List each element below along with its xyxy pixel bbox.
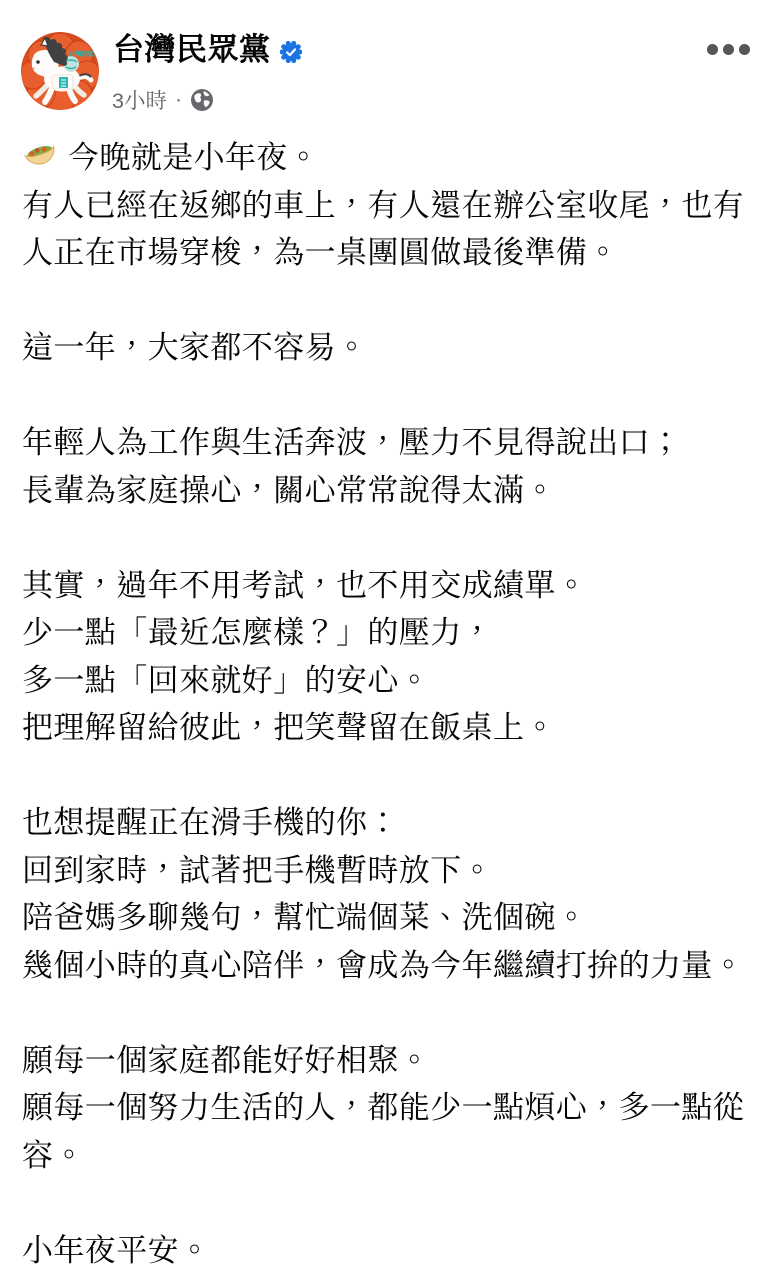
post-line: 回到家時，試著把手機暫時放下。: [22, 847, 748, 895]
post-line: 多一點「回來就好」的安心。: [22, 657, 748, 705]
tpp-horse-mascot-icon: 台灣民眾黨: [21, 32, 99, 110]
more-options-button[interactable]: [701, 38, 756, 61]
post-line: 願每一個努力生活的人，都能少一點煩心，多一點從: [22, 1084, 748, 1132]
post-line: 陪爸媽多聊幾句，幫忙端個菜、洗個碗。: [22, 894, 748, 942]
svg-text:台灣民眾黨: 台灣民眾黨: [69, 50, 99, 58]
post-line: [22, 1179, 748, 1227]
post-meta: 3小時 ·: [112, 84, 214, 115]
post-header: 台灣民眾黨 台灣民眾黨 3小時 ·: [0, 0, 768, 122]
facebook-post: 台灣民眾黨 台灣民眾黨 3小時 ·: [0, 0, 768, 1274]
page-name[interactable]: 台灣民眾黨: [113, 33, 271, 67]
post-line: 小年夜平安。: [22, 1227, 748, 1275]
page-name-row: 台灣民眾黨: [113, 33, 302, 67]
post-line: 有人已經在返鄉的車上，有人還在辦公室收尾，也有: [22, 182, 748, 230]
stuffed-flatbread-emoji-icon: [22, 137, 60, 175]
post-line: [22, 277, 748, 325]
ellipsis-icon: [707, 44, 718, 55]
post-line: 這一年，大家都不容易。: [22, 324, 748, 372]
timestamp[interactable]: 3小時: [112, 84, 167, 115]
post-line: [22, 752, 748, 800]
post-line: 把理解留給彼此，把笑聲留在飯桌上。: [22, 704, 748, 752]
post-text: 今晚就是小年夜。有人已經在返鄉的車上，有人還在辦公室收尾，也有人正在市場穿梭，為…: [22, 122, 748, 1274]
verified-badge-icon: [280, 41, 302, 63]
post-line: [22, 514, 748, 562]
page-avatar[interactable]: 台灣民眾黨: [21, 32, 99, 110]
meta-separator: ·: [175, 87, 182, 112]
post-line: 今晚就是小年夜。: [22, 134, 748, 182]
post-line: 年輕人為工作與生活奔波，壓力不見得說出口；: [22, 419, 748, 467]
post-line: 長輩為家庭操心，關心常常說得太滿。: [22, 467, 748, 515]
post-line: 其實，過年不用考試，也不用交成績單。: [22, 562, 748, 610]
post-line: 容。: [22, 1132, 748, 1180]
post-line: 人正在市場穿梭，為一桌團圓做最後準備。: [22, 229, 748, 277]
post-line: 願每一個家庭都能好好相聚。: [22, 1037, 748, 1085]
post-line: 少一點「最近怎麼樣？」的壓力，: [22, 609, 748, 657]
post-line: 也想提醒正在滑手機的你：: [22, 799, 748, 847]
public-globe-icon: [190, 88, 214, 112]
post-line: [22, 372, 748, 420]
post-line: [22, 989, 748, 1037]
post-line: 幾個小時的真心陪伴，會成為今年繼續打拚的力量。: [22, 942, 748, 990]
